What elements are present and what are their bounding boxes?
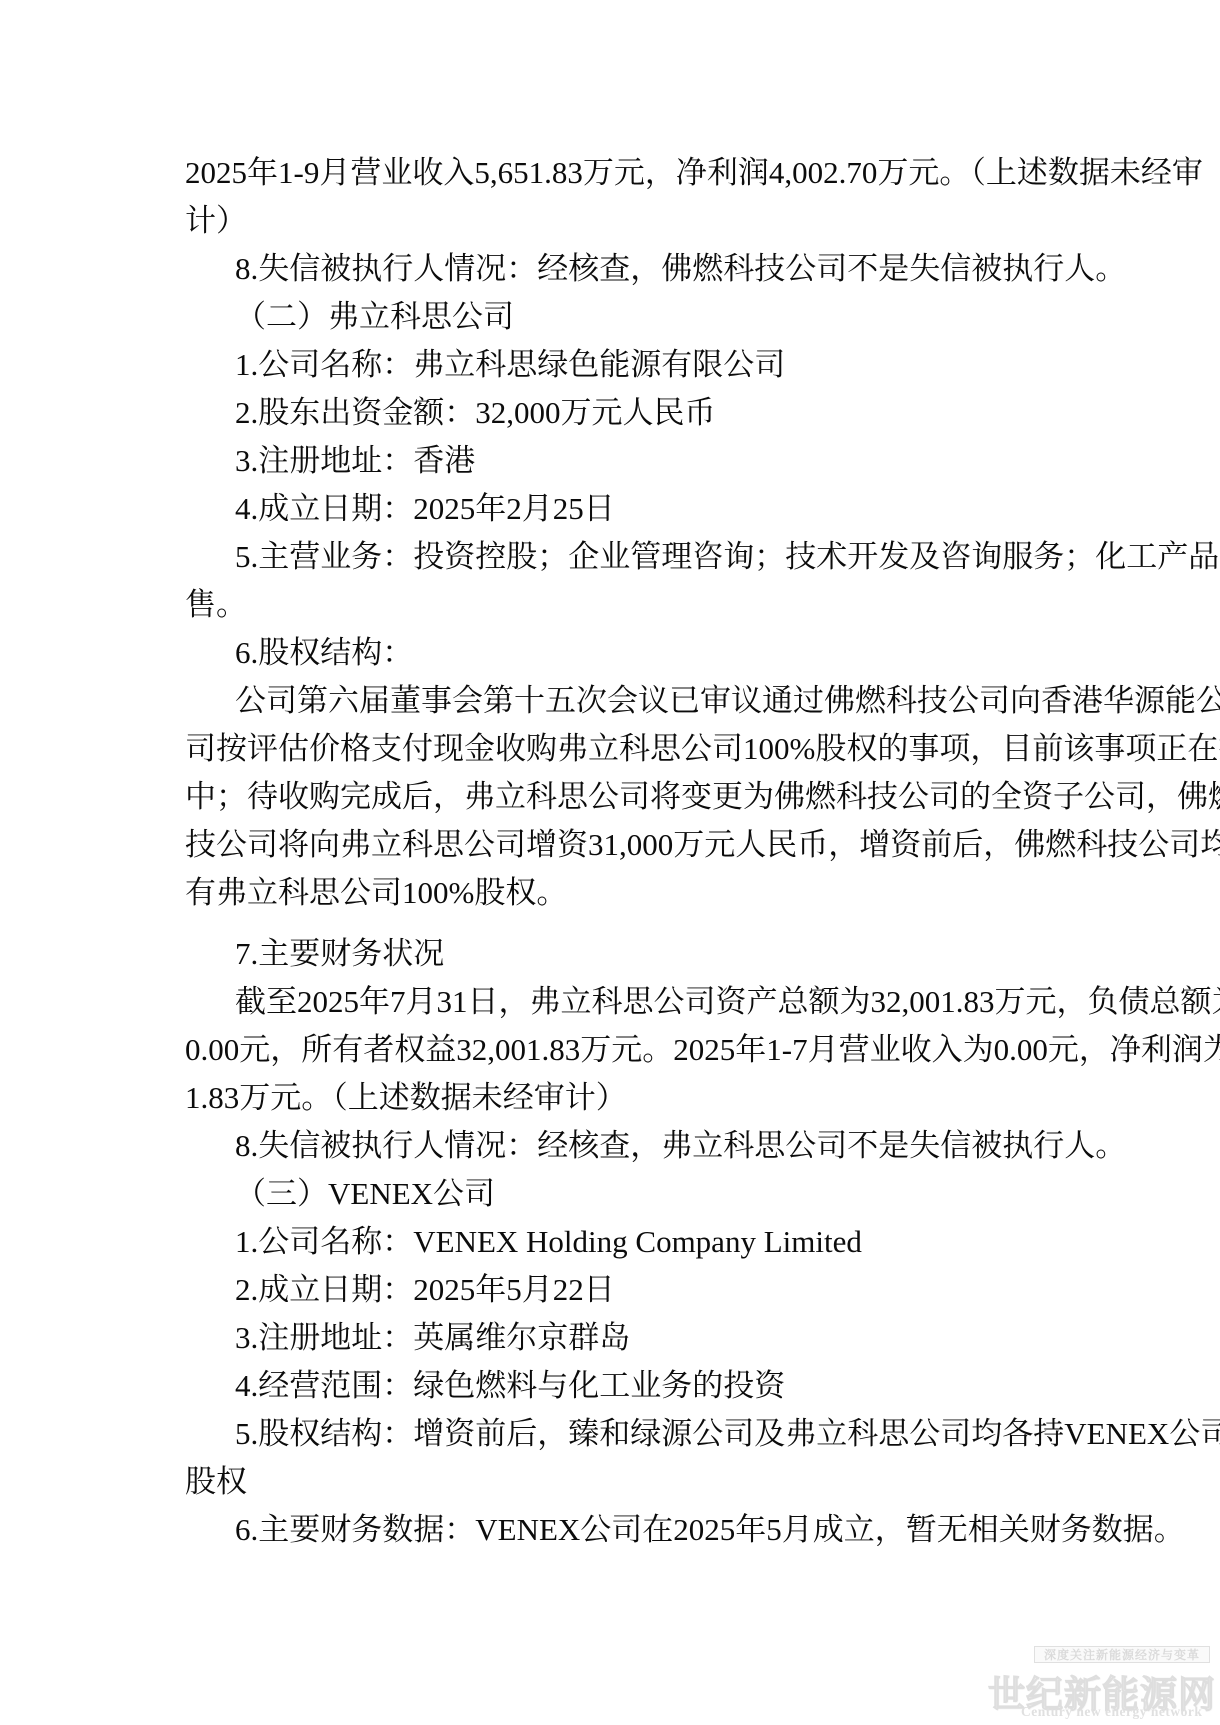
text-line: 1.公司名称：弗立科思绿色能源有限公司 — [185, 341, 1125, 389]
text-line: 公司第六届董事会第十五次会议已审议通过佛燃科技公司向香港华源能公 — [185, 677, 1125, 725]
text-line: 3.注册地址：香港 — [185, 437, 1125, 485]
text-line: 6.股权结构： — [185, 629, 1125, 677]
text-line: 截至2025年7月31日，弗立科思公司资产总额为32,001.83万元，负债总额… — [185, 978, 1125, 1026]
text-line: 计） — [185, 197, 1125, 245]
text-line: 2.股东出资金额：32,000万元人民币 — [185, 389, 1125, 437]
text-line: 1.公司名称：VENEX Holding Company Limited — [185, 1218, 1125, 1266]
text-line: 4.成立日期：2025年2月25日 — [185, 485, 1125, 533]
text-line: 5.主营业务：投资控股；企业管理咨询；技术开发及咨询服务；化工产品销 — [185, 533, 1125, 581]
watermark-slogan: 深度关注新能源经济与变革 — [1034, 1646, 1210, 1663]
text-line: 4.经营范围：绿色燃料与化工业务的投资 — [185, 1362, 1125, 1410]
text-line: 司按评估价格支付现金收购弗立科思公司100%股权的事项，目前该事项正在推进 — [185, 725, 1125, 773]
text-line: 2025年1-9月营业收入5,651.83万元，净利润4,002.70万元。（上… — [185, 149, 1125, 197]
text-line: 7.主要财务状况 — [185, 930, 1125, 978]
text-line: 8.失信被执行人情况：经核查，弗立科思公司不是失信被执行人。 — [185, 1122, 1125, 1170]
text-line: 有弗立科思公司100%股权。 — [185, 869, 1125, 917]
text-line: 1.83万元。（上述数据未经审计） — [185, 1074, 1125, 1122]
text-line: 技公司将向弗立科思公司增资31,000万元人民币，增资前后，佛燃科技公司均持 — [185, 821, 1125, 869]
text-line: 中；待收购完成后，弗立科思公司将变更为佛燃科技公司的全资子公司，佛燃科 — [185, 773, 1125, 821]
watermark-subtitle: Century new energy network — [1021, 1704, 1202, 1720]
text-line: 6.主要财务数据：VENEX公司在2025年5月成立，暂无相关财务数据。 — [185, 1506, 1125, 1554]
text-line: （三）VENEX公司 — [185, 1170, 1125, 1218]
text-line: 8.失信被执行人情况：经核查，佛燃科技公司不是失信被执行人。 — [185, 245, 1125, 293]
text-line: 2.成立日期：2025年5月22日 — [185, 1266, 1125, 1314]
text-line: 股权 — [185, 1458, 1125, 1506]
text-line: 3.注册地址：英属维尔京群岛 — [185, 1314, 1125, 1362]
text-line: 5.股权结构：增资前后，臻和绿源公司及弗立科思公司均各持VENEX公司50% — [185, 1410, 1125, 1458]
document-body: 2025年1-9月营业收入5,651.83万元，净利润4,002.70万元。（上… — [185, 149, 1125, 1554]
text-line: 0.00元，所有者权益32,001.83万元。2025年1-7月营业收入为0.0… — [185, 1026, 1125, 1074]
text-line: （二）弗立科思公司 — [185, 293, 1125, 341]
text-line: 售。 — [185, 581, 1125, 629]
document-page: 2025年1-9月营业收入5,651.83万元，净利润4,002.70万元。（上… — [0, 0, 1220, 1725]
